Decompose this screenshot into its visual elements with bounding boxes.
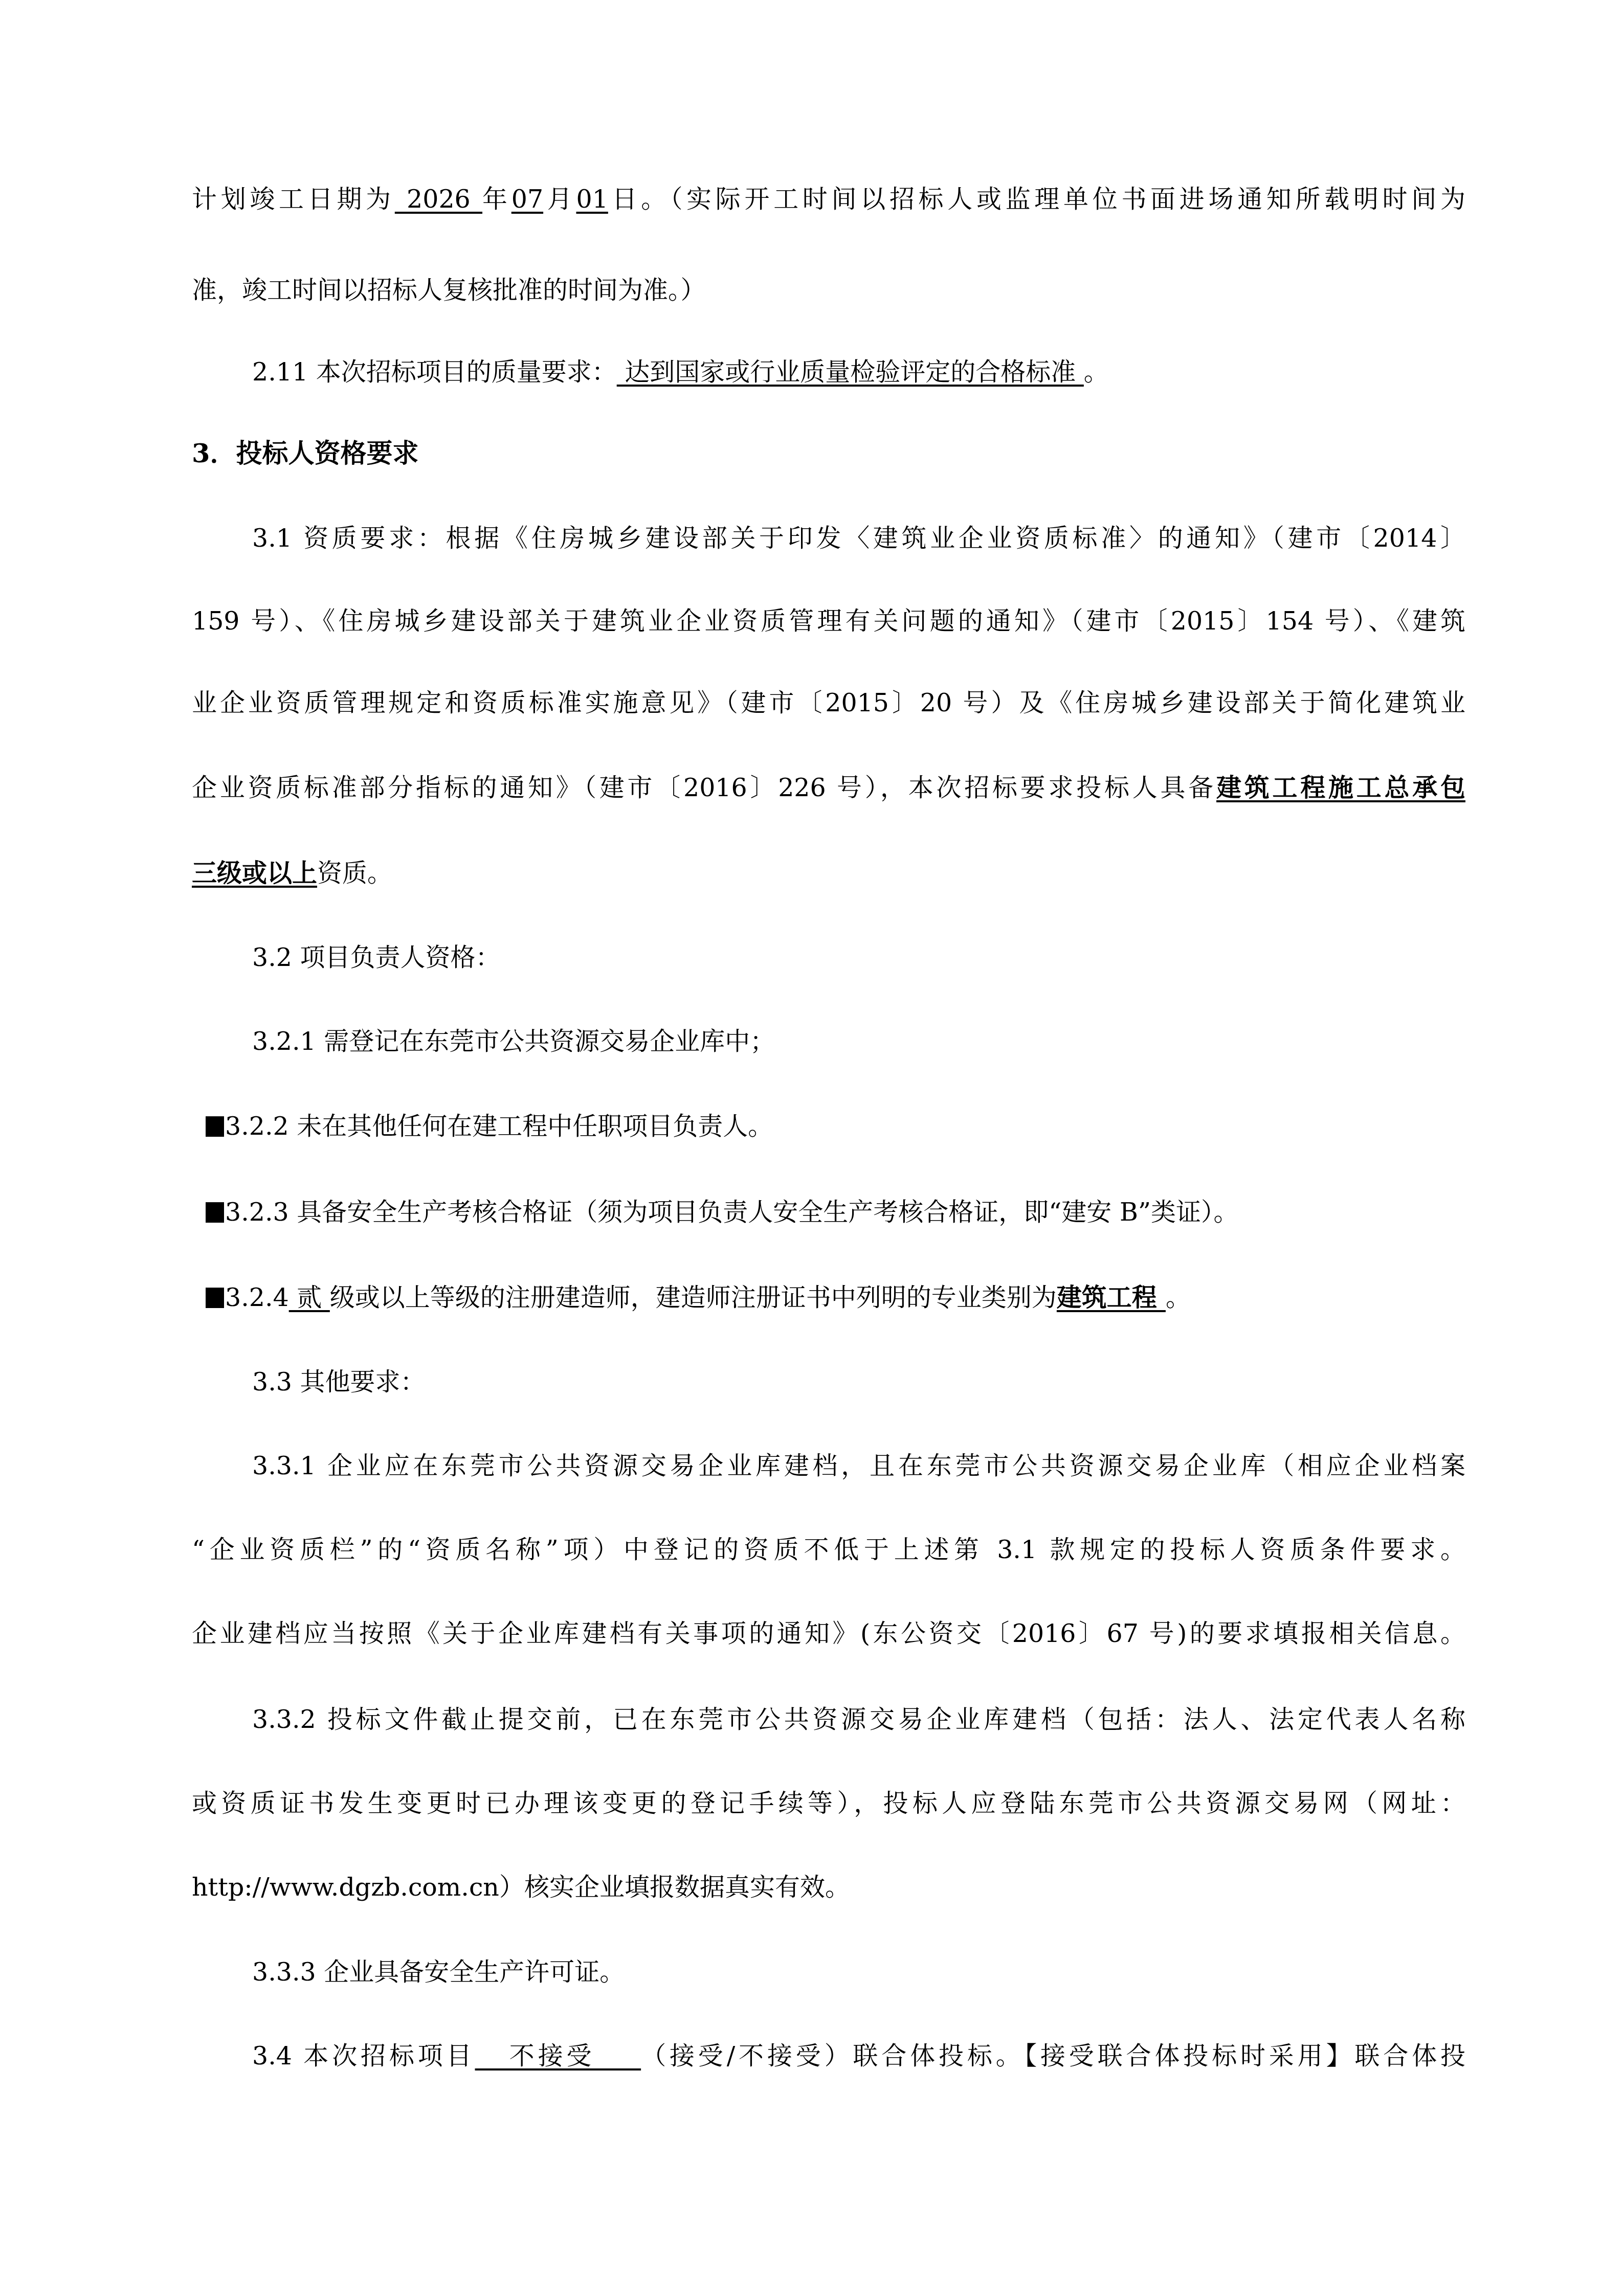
requirement-3-2-3: 3.2.3 具备安全生产考核合格证（须为项目负责人安全生产考核合格证，即“建安 … — [206, 1195, 1238, 1230]
completion-date-suffix: 日。（实际开工时间以招标人或监理单位书面进场通知所载明时间为 — [608, 185, 1465, 214]
requirement-3-2-4-middle: 级或以上等级的注册建造师，建造师注册证书中列明的专业类别为 — [330, 1283, 1057, 1312]
joint-venture-line: 3.4 本次招标项目 不接受 （接受/不接受）联合体投标。【接受联合体投标时采用… — [252, 2038, 1465, 2074]
requirement-3-2-2-text: 3.2.2 未在其他任何在建工程中任职项目负责人。 — [225, 1112, 773, 1141]
qualification-requirement-line-4: 企业资质标准部分指标的通知》（建市〔2016〕226 号），本次招标要求投标人具… — [192, 770, 1465, 805]
joint-venture-acceptance: 不接受 — [475, 2041, 641, 2070]
requirement-3-3-2-line-3: http://www.dgzb.com.cn）核实企业填报数据真实有效。 — [192, 1870, 850, 1905]
quality-requirement-suffix: 。 — [1084, 357, 1109, 387]
completion-year: 2026 — [395, 185, 482, 214]
section-heading-bidder-qualifications: 3．投标人资格要求 — [192, 436, 419, 471]
requirement-3-2-4: 3.2.4 贰 级或以上等级的注册建造师，建造师注册证书中列明的专业类别为建筑工… — [206, 1279, 1191, 1315]
qualification-requirement-line-5: 三级或以上资质。 — [192, 855, 392, 891]
requirement-3-3-1-line-1: 3.3.1 企业应在东莞市公共资源交易企业库建档，且在东莞市公共资源交易企业库（… — [252, 1448, 1465, 1484]
completion-note-line: 准，竣工时间以招标人复核批准的时间为准。） — [192, 273, 706, 308]
requirement-3-3-1-line-2: “企业资质栏”的“资质名称”项）中登记的资质不低于上述第 3.1 款规定的投标人… — [192, 1532, 1465, 1568]
completion-date-prefix: 计划竣工日期为 — [192, 185, 395, 214]
quality-requirement-line: 2.11 本次招标项目的质量要求： 达到国家或行业质量检验评定的合格标准 。 — [252, 354, 1109, 390]
requirement-3-3-1-line-3: 企业建档应当按照《关于企业库建档有关事项的通知》(东公资交〔2016〕67 号)… — [192, 1616, 1465, 1652]
constructor-specialty: 建筑工程 — [1057, 1282, 1166, 1312]
completion-month: 07 — [511, 185, 543, 214]
quality-requirement-value: 达到国家或行业质量检验评定的合格标准 — [617, 357, 1084, 387]
year-unit: 年 — [482, 185, 511, 214]
requirement-3-3-2-line-2: 或资质证书发生变更时已办理该变更的登记手续等），投标人应登陆东莞市公共资源交易网… — [192, 1786, 1465, 1821]
qualification-requirement-prefix: 企业资质标准部分指标的通知》（建市〔2016〕226 号），本次招标要求投标人具… — [192, 773, 1216, 802]
joint-venture-prefix: 3.4 本次招标项目 — [252, 2041, 475, 2070]
qualification-suffix: 资质。 — [317, 859, 392, 888]
joint-venture-suffix: （接受/不接受）联合体投标。【接受联合体投标时采用】联合体投 — [641, 2041, 1465, 2070]
completion-date-line: 计划竣工日期为 2026 年07月01日。（实际开工时间以招标人或监理单位书面进… — [192, 182, 1465, 217]
constructor-grade: 贰 — [289, 1283, 330, 1312]
qualification-requirement-line-3: 业企业资质管理规定和资质标准实施意见》（建市〔2015〕20 号）及《住房城乡建… — [192, 685, 1465, 721]
required-qualification-part2: 三级或以上 — [192, 858, 317, 888]
black-square-bullet-icon — [206, 1116, 224, 1137]
requirement-3-2-2: 3.2.2 未在其他任何在建工程中任职项目负责人。 — [206, 1109, 773, 1144]
required-qualification-part1: 建筑工程施工总承包 — [1216, 773, 1465, 802]
requirement-3-2-3-text: 3.2.3 具备安全生产考核合格证（须为项目负责人安全生产考核合格证，即“建安 … — [225, 1198, 1238, 1227]
qualification-requirement-line-1: 3.1 资质要求：根据《住房城乡建设部关于印发〈建筑业企业资质标准〉的通知》（建… — [252, 521, 1465, 556]
requirement-3-2-1: 3.2.1 需登记在东莞市公共资源交易企业库中； — [252, 1024, 775, 1060]
completion-day: 01 — [576, 185, 608, 214]
requirement-3-3-3: 3.3.3 企业具备安全生产许可证。 — [252, 1954, 625, 1990]
requirement-3-2-4-suffix: 。 — [1166, 1283, 1191, 1312]
black-square-bullet-icon — [206, 1288, 224, 1308]
qualification-requirement-line-2: 159 号）、《住房城乡建设部关于建筑业企业资质管理有关问题的通知》（建市〔20… — [192, 603, 1465, 639]
requirement-3-3-2-line-1: 3.3.2 投标文件截止提交前，已在东莞市公共资源交易企业库建档（包括：法人、法… — [252, 1702, 1465, 1738]
month-unit: 月 — [543, 185, 576, 214]
requirement-3-2-4-number: 3.2.4 — [225, 1283, 289, 1312]
project-manager-qualification-heading: 3.2 项目负责人资格： — [252, 940, 501, 976]
black-square-bullet-icon — [206, 1202, 224, 1223]
quality-requirement-label: 2.11 本次招标项目的质量要求： — [252, 357, 617, 387]
other-requirements-heading: 3.3 其他要求： — [252, 1364, 426, 1400]
